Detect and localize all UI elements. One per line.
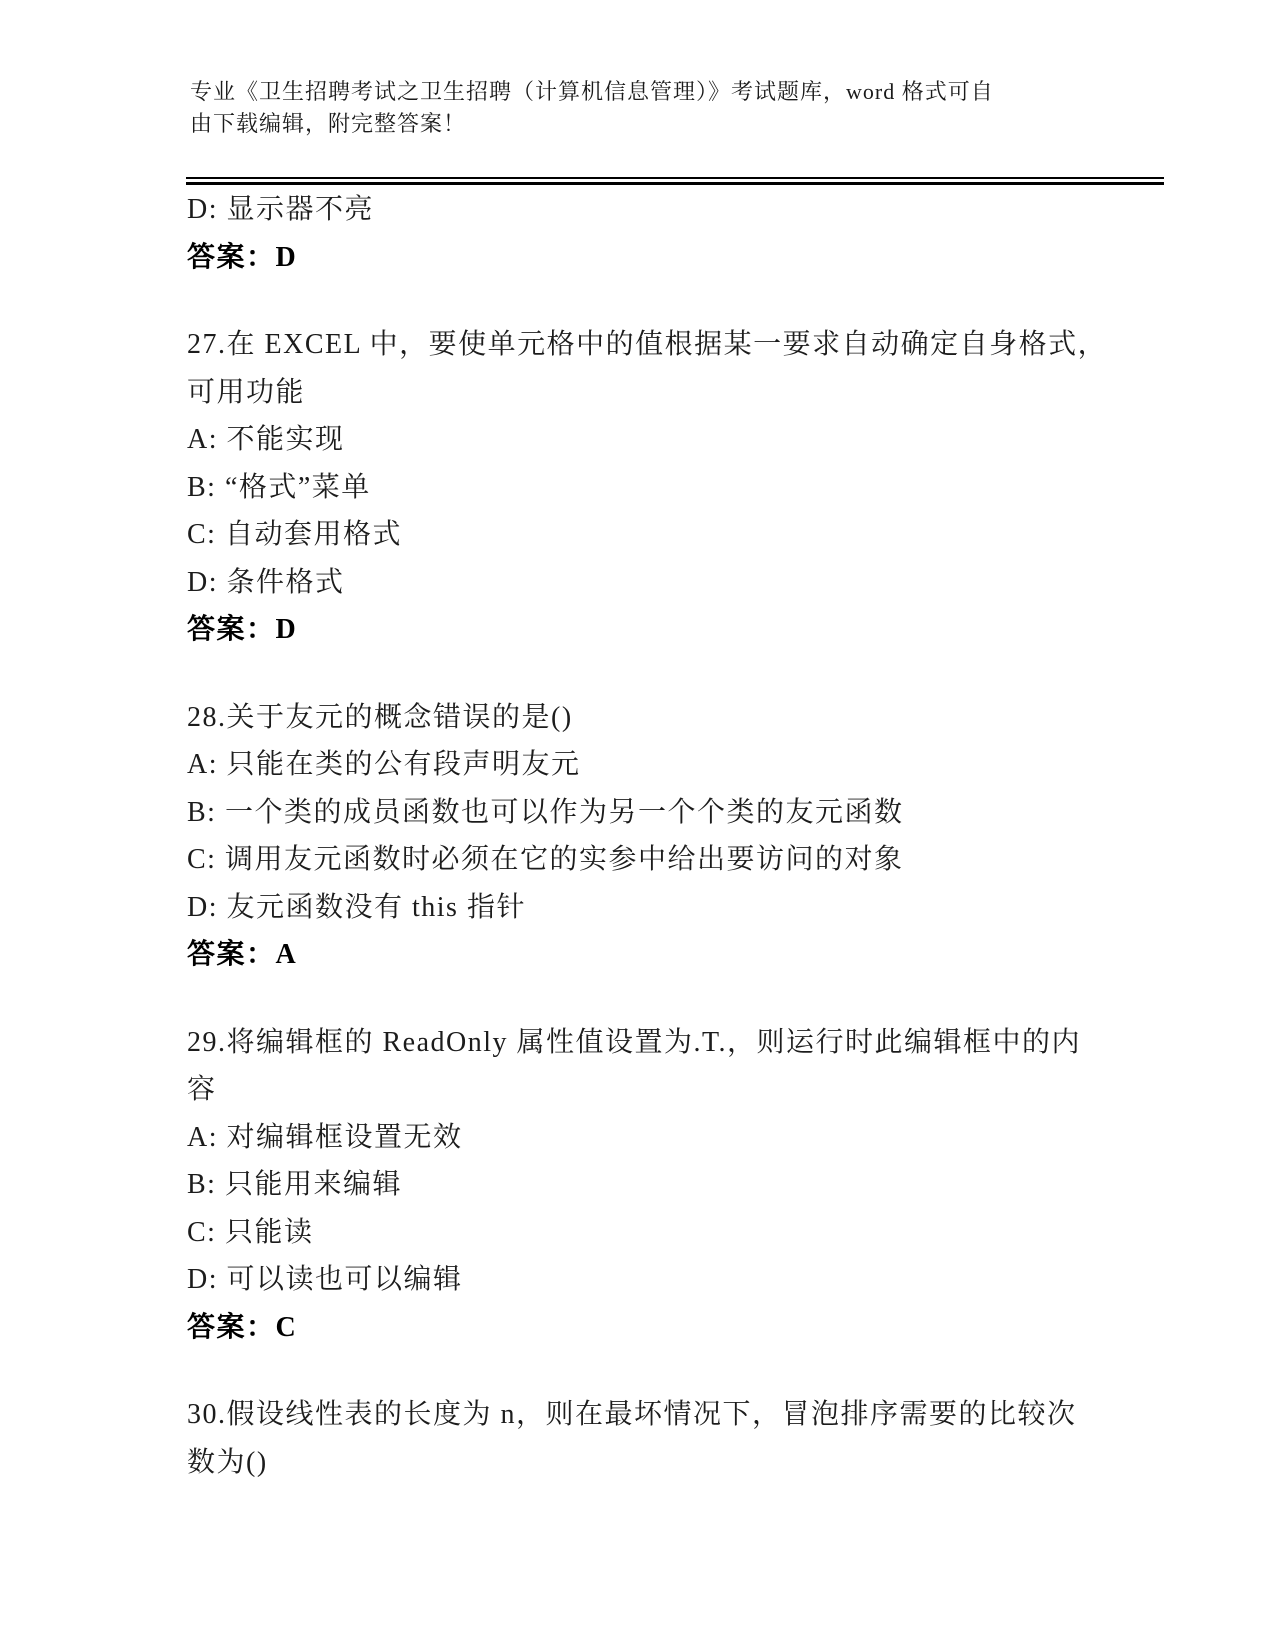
question-27-option-a: A: 不能实现 bbox=[187, 416, 1177, 464]
question-27: 27.在 EXCEL 中，要使单元格中的值根据某一要求自动确定自身格式， 可用功… bbox=[187, 321, 1177, 654]
question-27-option-b: B: “格式”菜单 bbox=[187, 464, 1177, 512]
question-30: 30.假设线性表的长度为 n，则在最坏情况下，冒泡排序需要的比较次 数为() bbox=[187, 1391, 1177, 1486]
prev-answer: 答案：D bbox=[187, 234, 1177, 282]
question-28-option-a: A: 只能在类的公有段声明友元 bbox=[187, 741, 1177, 789]
question-28: 28.关于友元的概念错误的是() A: 只能在类的公有段声明友元 B: 一个类的… bbox=[187, 694, 1177, 979]
question-29-option-a: A: 对编辑框设置无效 bbox=[187, 1114, 1177, 1162]
header-divider-rule bbox=[186, 177, 1164, 185]
question-27-option-c: C: 自动套用格式 bbox=[187, 511, 1177, 559]
question-28-option-c: C: 调用友元函数时必须在它的实参中给出要访问的对象 bbox=[187, 836, 1177, 884]
prev-option-d: D: 显示器不亮 bbox=[187, 186, 1177, 234]
question-28-option-b: B: 一个类的成员函数也可以作为另一个个类的友元函数 bbox=[187, 789, 1177, 837]
document-body: D: 显示器不亮 答案：D 27.在 EXCEL 中，要使单元格中的值根据某一要… bbox=[187, 186, 1177, 1486]
question-27-option-d: D: 条件格式 bbox=[187, 559, 1177, 607]
question-28-answer: 答案：A bbox=[187, 931, 1177, 979]
header-line-2: 由下载编辑，附完整答案！ bbox=[190, 108, 1170, 140]
previous-question-tail: D: 显示器不亮 答案：D bbox=[187, 186, 1177, 281]
question-27-stem-line-1: 27.在 EXCEL 中，要使单元格中的值根据某一要求自动确定自身格式， bbox=[187, 321, 1177, 369]
question-29: 29.将编辑框的 ReadOnly 属性值设置为.T.，则运行时此编辑框中的内 … bbox=[187, 1019, 1177, 1352]
question-27-stem-line-2: 可用功能 bbox=[187, 369, 1177, 417]
question-28-stem-line-1: 28.关于友元的概念错误的是() bbox=[187, 694, 1177, 742]
document-page: 专业《卫生招聘考试之卫生招聘（计算机信息管理）》考试题库，word 格式可自 由… bbox=[0, 0, 1275, 1650]
page-header: 专业《卫生招聘考试之卫生招聘（计算机信息管理）》考试题库，word 格式可自 由… bbox=[190, 76, 1170, 140]
header-line-1: 专业《卫生招聘考试之卫生招聘（计算机信息管理）》考试题库，word 格式可自 bbox=[190, 76, 1170, 108]
question-29-option-b: B: 只能用来编辑 bbox=[187, 1161, 1177, 1209]
question-29-answer: 答案：C bbox=[187, 1304, 1177, 1352]
question-29-option-d: D: 可以读也可以编辑 bbox=[187, 1256, 1177, 1304]
question-29-option-c: C: 只能读 bbox=[187, 1209, 1177, 1257]
question-28-option-d: D: 友元函数没有 this 指针 bbox=[187, 884, 1177, 932]
question-30-stem-line-2: 数为() bbox=[187, 1439, 1177, 1487]
question-30-stem-line-1: 30.假设线性表的长度为 n，则在最坏情况下，冒泡排序需要的比较次 bbox=[187, 1391, 1177, 1439]
question-27-answer: 答案：D bbox=[187, 606, 1177, 654]
question-29-stem-line-1: 29.将编辑框的 ReadOnly 属性值设置为.T.，则运行时此编辑框中的内 bbox=[187, 1019, 1177, 1067]
question-29-stem-line-2: 容 bbox=[187, 1066, 1177, 1114]
